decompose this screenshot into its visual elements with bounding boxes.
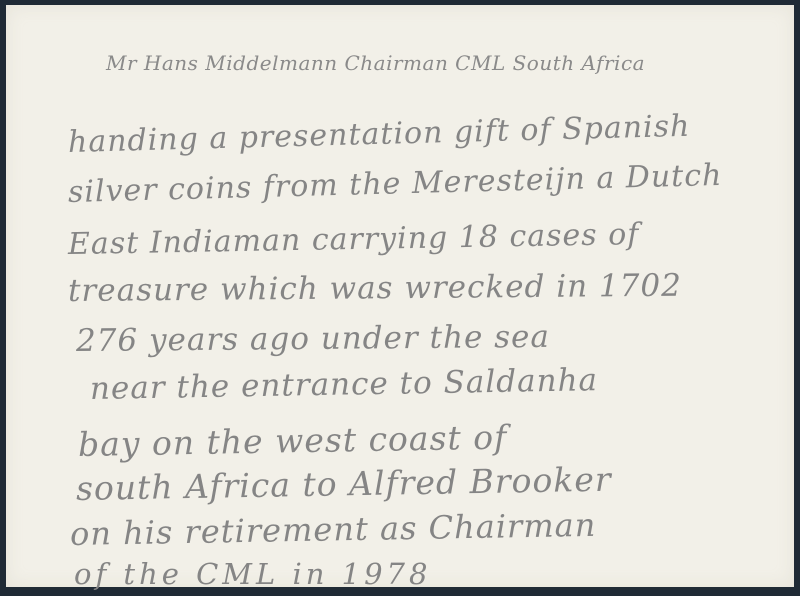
note-line-3: East Indiaman carrying 18 cases of [68, 217, 640, 262]
note-line-10: of the CML in 1978 [74, 557, 431, 591]
note-line-7: bay on the west coast of [78, 418, 508, 464]
note-line-8: south Africa to Alfred Brooker [76, 460, 612, 508]
note-line-1: handing a presentation gift of Spanish [68, 109, 691, 160]
note-line-9: on his retirement as Chairman [70, 506, 597, 553]
note-line-5: 276 years ago under the sea [76, 319, 550, 359]
note-line-4: treasure which was wrecked in 1702 [68, 268, 682, 309]
photo-back-paper: Mr Hans Middelmann Chairman CML South Af… [6, 5, 794, 587]
note-line-6: near the entrance to Saldanha [90, 362, 599, 407]
note-heading: Mr Hans Middelmann Chairman CML South Af… [106, 51, 645, 75]
note-line-2: silver coins from the Meresteijn a Dutch [68, 158, 723, 210]
